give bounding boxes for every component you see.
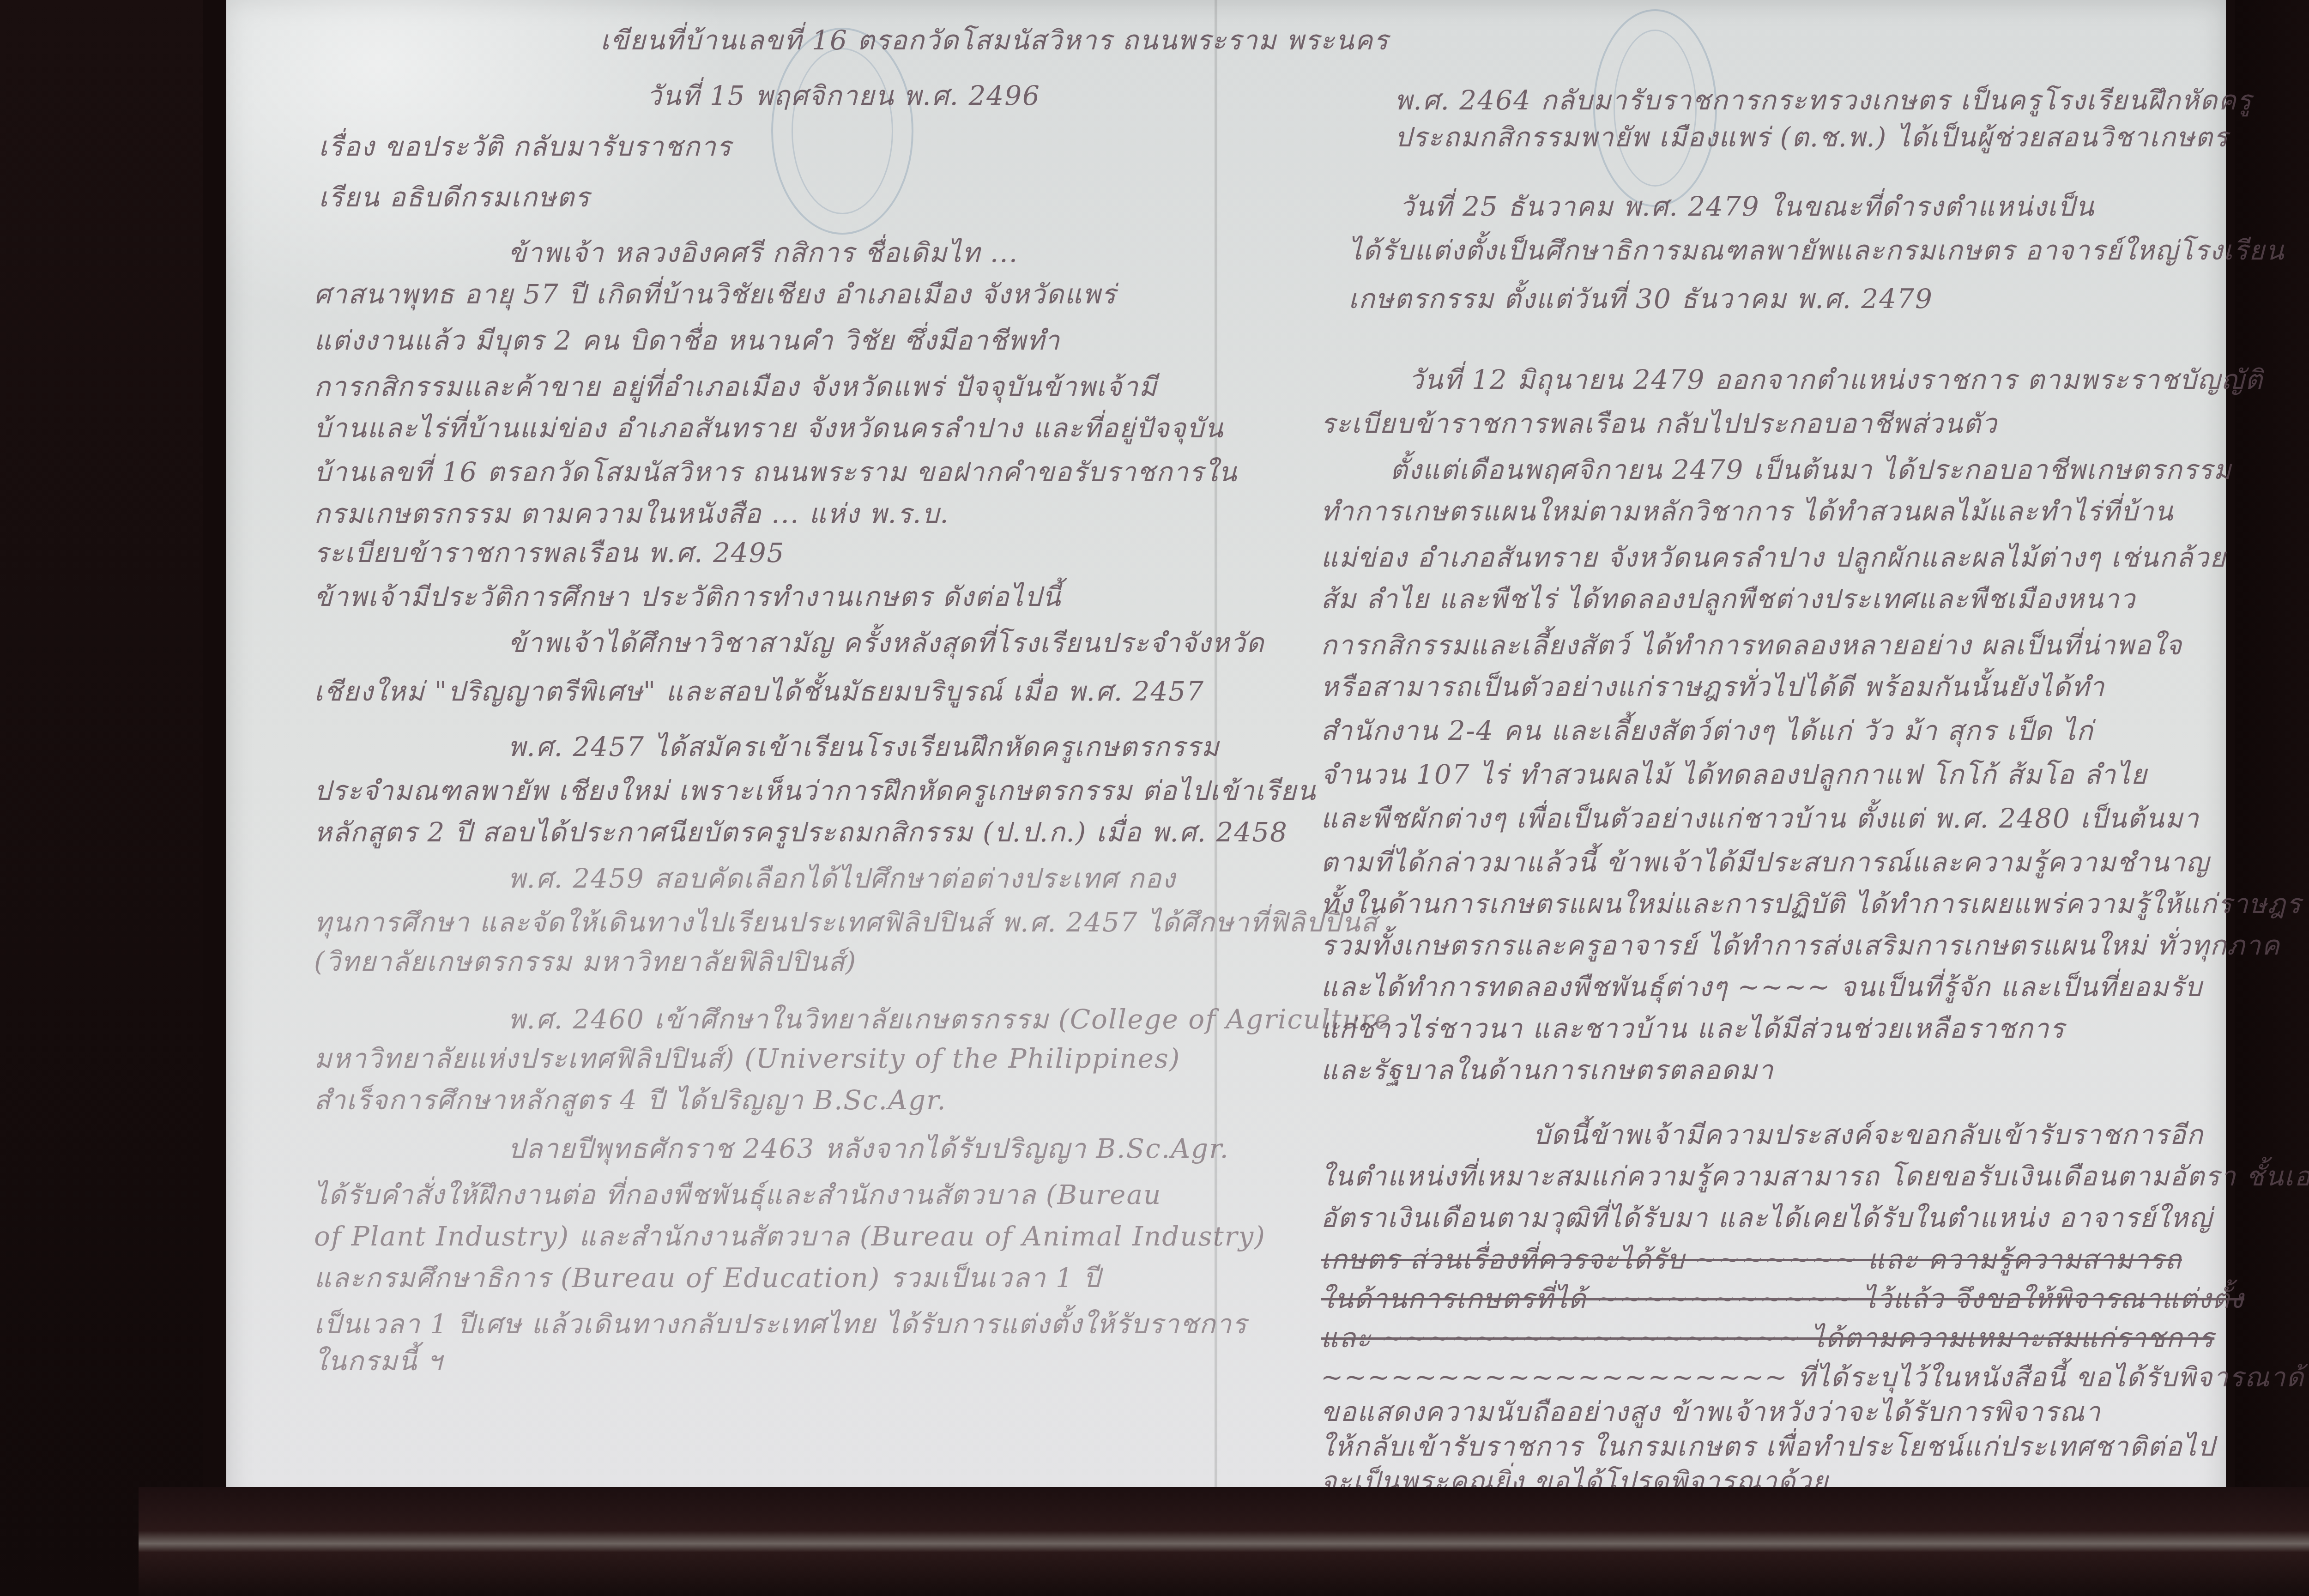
- body-line: ประถมกสิกรรมพายัพ เมืองแพร่ (ต.ช.พ.) ได้…: [1395, 115, 2229, 158]
- body-line: ปลายปีพุทธศักราช 2463 หลังจากได้รับปริญญ…: [508, 1127, 1229, 1170]
- struck-body-line: และ ~~~~~~~~~~~~~~~~~~ ได้ตามความเหมาะสม…: [1321, 1316, 2214, 1359]
- body-line: ระเบียบข้าราชการพลเรือน กลับไปประกอบอาชี…: [1321, 402, 1998, 445]
- body-line: และพืชผักต่างๆ เพื่อเป็นตัวอย่างแก่ชาวบ้…: [1321, 797, 2200, 840]
- struck-body-line: ในด้านการเกษตรที่ได้ ~~~~~~~~~~~ ไว้แล้ว…: [1321, 1277, 2244, 1320]
- body-line: เชียงใหม่ "ปริญญาตรีพิเศษ" และสอบได้ชั้น…: [314, 670, 1204, 713]
- body-line: ระเบียบข้าราชการพลเรือน พ.ศ. 2495: [314, 531, 785, 574]
- body-line: วันที่ 25 ธันวาคม พ.ศ. 2479 ในขณะที่ดำรง…: [1399, 185, 2095, 228]
- picture-frame: เขียนที่บ้านเลขที่ 16 ตรอกวัดโสมนัสวิหาร…: [0, 0, 2309, 1596]
- body-line: กรมเกษตรกรรม ตามความในหนังสือ ... แห่ง พ…: [314, 492, 949, 535]
- body-line: ข้าพเจ้ามีประวัติการศึกษา ประวัติการทำงา…: [314, 575, 1062, 618]
- body-line: อัตราเงินเดือนตามวุฒิที่ได้รับมา และได้เ…: [1321, 1196, 2212, 1239]
- body-line: และกรมศึกษาธิการ (Bureau of Education) ร…: [314, 1256, 1101, 1299]
- body-line: ทุนการศึกษา และจัดให้เดินทางไปเรียนประเท…: [314, 901, 1378, 943]
- body-line: of Plant Industry) และสำนักงานสัตวบาล (B…: [314, 1215, 1266, 1257]
- body-line: พ.ศ. 2460 เข้าศึกษาในวิทยาลัยเกษตรกรรม (…: [508, 997, 1391, 1040]
- frame-bottom-molding: [139, 1487, 2309, 1596]
- body-line: ในกรมนี้ ฯ: [314, 1339, 443, 1382]
- body-line: เป็นเวลา 1 ปีเศษ แล้วเดินทางกลับประเทศไท…: [314, 1302, 1247, 1345]
- letter-date: วันที่ 15 พฤศจิกายน พ.ศ. 2496: [647, 74, 1040, 117]
- body-line: แก่ชาวไร่ชาวนา และชาวบ้าน และได้มีส่วนช่…: [1321, 1007, 2065, 1050]
- body-line: ตามที่ได้กล่าวมาแล้วนี้ ข้าพเจ้าได้มีประ…: [1321, 840, 2210, 883]
- body-line: ตั้งแต่เดือนพฤศจิกายน 2479 เป็นต้นมา ได้…: [1390, 448, 2232, 491]
- letter-address: เขียนที่บ้านเลขที่ 16 ตรอกวัดโสมนัสวิหาร…: [600, 18, 1389, 61]
- body-line: พ.ศ. 2459 สอบคัดเลือกได้ไปศึกษาต่อต่างปร…: [508, 857, 1176, 900]
- body-line: จำนวน 107 ไร่ ทำสวนผลไม้ ได้ทดลองปลูกกาแ…: [1321, 753, 2147, 796]
- body-line: การกสิกรรมและค้าขาย อยู่ที่อำเภอเมือง จั…: [314, 365, 1157, 408]
- body-line: การกสิกรรมและเลี้ยงสัตว์ ได้ทำการทดลองหล…: [1321, 623, 2182, 666]
- body-line: ได้รับคำสั่งให้ฝึกงานต่อ ที่กองพืชพันธุ์…: [314, 1173, 1161, 1216]
- body-line: บัดนี้ข้าพเจ้ามีความประสงค์จะขอกลับเข้าร…: [1533, 1113, 2204, 1156]
- body-line: ข้าพเจ้า หลวงอิงคศรี กสิการ ชื่อเดิมไท .…: [508, 231, 1018, 274]
- body-line: และได้ทำการทดลองพืชพันธุ์ต่างๆ ~~~~ จนเป…: [1321, 965, 2202, 1008]
- letter-subject: เรื่อง ขอประวัติ กลับมารับราชการ: [319, 125, 732, 168]
- body-line: มหาวิทยาลัยแห่งประเทศฟิลิปปินส์) (Univer…: [314, 1037, 1180, 1080]
- body-line: ส้ม ลำไย และพืชไร่ ได้ทดลองปลูกพืชต่างปร…: [1321, 577, 2136, 620]
- body-line: รวมทั้งเกษตรกรและครูอาจารย์ ได้ทำการส่งเ…: [1321, 924, 2280, 967]
- struck-body-line: เกษตร ส่วนเรื่องที่ควรจะได้รับ ~~~~~~~ แ…: [1321, 1238, 2182, 1281]
- body-line: ทั้งในด้านการเกษตรแผนใหม่และการปฏิบัติ ไ…: [1321, 882, 2302, 925]
- body-line: บ้านและไร่ที่บ้านแม่ข่อง อำเภอสันทราย จั…: [314, 406, 1224, 449]
- body-line: สำเร็จการศึกษาหลักสูตร 4 ปี ได้ปริญญา B.…: [314, 1078, 947, 1121]
- body-line: แต่งงานแล้ว มีบุตร 2 คน บิดาชื่อ หนานคำ …: [314, 319, 1060, 362]
- body-line: ในตำแหน่งที่เหมาะสมแก่ความรู้ความสามารถ …: [1321, 1155, 2309, 1197]
- body-line: หลักสูตร 2 ปี สอบได้ประกาศนียบัตรครูประถ…: [314, 810, 1288, 853]
- document-paper: เขียนที่บ้านเลขที่ 16 ตรอกวัดโสมนัสวิหาร…: [226, 0, 2226, 1510]
- body-line: ได้รับแต่งตั้งเป็นศึกษาธิการมณฑลพายัพและ…: [1348, 229, 2285, 272]
- letter-recipient: เรียน อธิบดีกรมเกษตร: [319, 175, 590, 218]
- body-line: พ.ศ. 2457 ได้สมัครเข้าเรียนโรงเรียนฝึกหั…: [508, 725, 1220, 768]
- body-line: (วิทยาลัยเกษตรกรรม มหาวิทยาลัยฟิลิปปินส์…: [314, 940, 857, 983]
- body-line: แม่ข่อง อำเภอสันทราย จังหวัดนครลำปาง ปลู…: [1321, 536, 2226, 579]
- body-line: วันที่ 12 มิถุนายน 2479 ออกจากตำแหน่งราช…: [1408, 358, 2263, 401]
- body-line: สำนักงาน 2-4 คน และเลี้ยงสัตว์ต่างๆ ได้แ…: [1321, 709, 2094, 752]
- body-line: และรัฐบาลในด้านการเกษตรตลอดมา: [1321, 1048, 1774, 1091]
- body-line: ทำการเกษตรแผนใหม่ตามหลักวิชาการ ได้ทำสวน…: [1321, 490, 2174, 532]
- body-line: หรือสามารถเป็นตัวอย่างแก่ราษฎรทั่วไปได้ด…: [1321, 665, 2105, 708]
- body-line: บ้านเลขที่ 16 ตรอกวัดโสมนัสวิหาร ถนนพระร…: [314, 450, 1238, 493]
- body-line: ข้าพเจ้าได้ศึกษาวิชาสามัญ ครั้งหลังสุดที…: [508, 621, 1264, 664]
- body-line: เกษตรกรรม ตั้งแต่วันที่ 30 ธันวาคม พ.ศ. …: [1348, 277, 1933, 320]
- body-line: ศาสนาพุทธ อายุ 57 ปี เกิดที่บ้านวิชัยเชี…: [314, 272, 1117, 315]
- body-line: ประจำมณฑลพายัพ เชียงใหม่ เพราะเห็นว่าการ…: [314, 769, 1316, 812]
